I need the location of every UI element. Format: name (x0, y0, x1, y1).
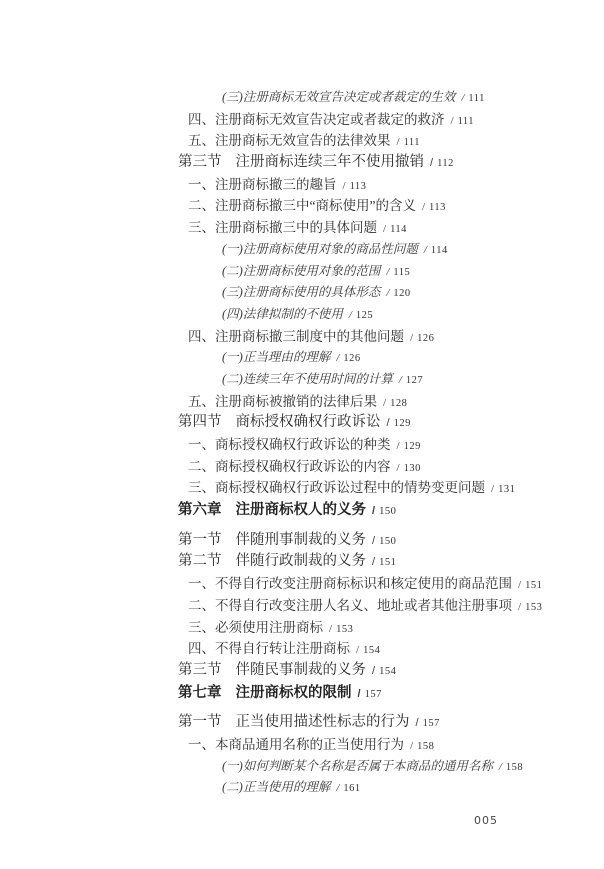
toc-entry-page: 126 (343, 353, 360, 364)
toc-entry-page: 115 (393, 267, 410, 278)
toc-entry-separator: / (336, 782, 339, 794)
toc-entry: 第六章注册商标权人的义务/150 (0, 500, 604, 522)
toc-entry-title: 注册商标权的限制 (236, 685, 352, 701)
toc-entry-separator: / (410, 332, 413, 344)
toc-entry-page: 130 (404, 463, 421, 474)
toc-entry-page: 114 (431, 245, 448, 256)
toc-entry-title: 一、不得自行改变注册商标标识和核定使用的商品范围 (188, 576, 512, 591)
toc-entry-separator: / (430, 157, 433, 169)
toc-entry-page: 114 (390, 224, 407, 235)
toc-entry-label: 第二节 (178, 553, 222, 569)
toc-entry-separator: / (358, 688, 361, 700)
toc-entry-title: 五、注册商标无效宣告的法律效果 (188, 133, 391, 148)
toc-entry-title: 一、注册商标撤三的趣旨 (188, 177, 337, 192)
toc-entry: (一)正当理由的理解/126 (0, 347, 604, 369)
toc-entry: 第一节伴随刑事制裁的义务/150 (0, 530, 604, 552)
toc-entry-separator: / (372, 556, 375, 568)
toc-entry-title: (三)注册商标无效宣告决定或者裁定的生效 (222, 90, 455, 104)
toc-entry-page: 153 (525, 602, 542, 613)
toc-entry-title: 商标授权确权行政诉讼 (236, 414, 381, 430)
toc-entry-page: 125 (356, 310, 373, 321)
toc-entry-page: 158 (506, 762, 523, 773)
toc-entry-title: 四、不得自行转让注册商标 (188, 641, 350, 656)
toc-entry-separator: / (372, 665, 375, 677)
toc-entry-separator: / (422, 201, 425, 213)
toc-entry-title: 五、注册商标被撤销的法律后果 (188, 394, 377, 409)
toc-entry: 三、商标授权确权行政诉讼过程中的情势变更问题/131 (0, 477, 604, 499)
toc-entry-separator: / (372, 505, 375, 517)
toc-entry-title: 注册商标连续三年不使用撤销 (236, 154, 425, 170)
toc-entry-title: (一)注册商标使用对象的商品性问题 (222, 242, 418, 256)
toc-entry-page: 113 (350, 181, 367, 192)
toc-entry-separator: / (349, 309, 352, 321)
toc-entry-title: 伴随民事制裁的义务 (236, 662, 367, 678)
toc-entry: 三、必须使用注册商标/153 (0, 617, 604, 639)
toc-entry-title: 三、注册商标撤三中的具体问题 (188, 220, 377, 235)
toc-entry: 第三节注册商标连续三年不使用撤销/112 (0, 152, 604, 174)
toc-entry: 三、注册商标撤三中的具体问题/114 (0, 217, 604, 239)
toc-entry: 第一节正当使用描述性标志的行为/157 (0, 712, 604, 734)
toc-entry-separator: / (518, 601, 521, 613)
toc-entry-label: 第一节 (178, 532, 222, 548)
toc-entry-page: 153 (336, 624, 353, 635)
toc-entry: (一)注册商标使用对象的商品性问题/114 (0, 239, 604, 261)
toc-entry: 第四节商标授权确权行政诉讼/129 (0, 412, 604, 434)
book-page: (三)注册商标无效宣告决定或者裁定的生效/111 四、注册商标无效宣告决定或者裁… (0, 0, 604, 869)
toc-entry-separator: / (491, 483, 494, 495)
toc-entry-title: 伴随刑事制裁的义务 (236, 532, 367, 548)
toc-entry-title: 三、必须使用注册商标 (188, 620, 323, 635)
toc-entry-title: 一、商标授权确权行政诉讼的种类 (188, 437, 391, 452)
toc-entry: 第三节伴随民事制裁的义务/154 (0, 660, 604, 682)
toc-entry: (三)注册商标无效宣告决定或者裁定的生效/111 (0, 87, 604, 109)
toc-entry: 四、注册商标无效宣告决定或者裁定的救济/111 (0, 109, 604, 131)
toc-entry-page: 157 (365, 689, 382, 700)
toc-entry-title: 一、本商品通用名称的正当使用行为 (188, 737, 404, 752)
toc-entry-page: 128 (390, 398, 407, 409)
toc-entry: 二、商标授权确权行政诉讼的内容/130 (0, 456, 604, 478)
toc-entry-label: 第六章 (178, 502, 222, 518)
toc-entry-page: 151 (379, 557, 396, 568)
toc-entry-page: 111 (404, 137, 420, 148)
toc-entry-page: 154 (379, 666, 396, 677)
toc-entry-title: 注册商标权人的义务 (236, 502, 367, 518)
toc-entry-page: 150 (379, 536, 396, 547)
toc-entry-separator: / (424, 244, 427, 256)
toc-entry: 一、不得自行改变注册商标标识和核定使用的商品范围/151 (0, 573, 604, 595)
toc-entry: 第七章注册商标权的限制/157 (0, 683, 604, 705)
toc-entry-separator: / (451, 115, 454, 127)
toc-entry-title: (三)注册商标使用的具体形态 (222, 285, 380, 299)
toc-entry-title: 三、商标授权确权行政诉讼过程中的情势变更问题 (188, 480, 485, 495)
toc-entry-page: 157 (423, 718, 440, 729)
toc-entry: (二)注册商标使用对象的范围/115 (0, 261, 604, 283)
toc-entry: 第二节伴随行政制裁的义务/151 (0, 551, 604, 573)
toc-entry-title: (二)注册商标使用对象的范围 (222, 264, 380, 278)
folio-page-number: 005 (474, 814, 498, 827)
toc-entry-separator: / (329, 623, 332, 635)
toc-entry-title: 正当使用描述性标志的行为 (236, 714, 410, 730)
toc-entry-page: 113 (429, 202, 446, 213)
toc-entry: (四)法律拟制的不使用/125 (0, 304, 604, 326)
toc-entry-page: 161 (343, 783, 360, 794)
toc-entry-title: (四)法律拟制的不使用 (222, 307, 343, 321)
toc-entry-page: 127 (406, 375, 423, 386)
toc-entry-label: 第一节 (178, 714, 222, 730)
toc-entry-page: 151 (525, 580, 542, 591)
toc-entry-separator: / (336, 352, 339, 364)
toc-entry-title: 伴随行政制裁的义务 (236, 553, 367, 569)
toc-entry: (三)注册商标使用的具体形态/120 (0, 282, 604, 304)
toc-entry: 四、注册商标撤三制度中的其他问题/126 (0, 326, 604, 348)
toc-entry-title: 四、注册商标无效宣告决定或者裁定的救济 (188, 112, 445, 127)
toc-entry-page: 131 (498, 484, 515, 495)
toc-entry-separator: / (461, 92, 464, 104)
toc-entry: (一)如何判断某个名称是否属于本商品的通用名称/158 (0, 756, 604, 778)
toc-entry-separator: / (399, 374, 402, 386)
toc-entry-separator: / (383, 397, 386, 409)
toc-entry: 一、注册商标撤三的趣旨/113 (0, 174, 604, 196)
toc-entry-title: (二)正当使用的理解 (222, 780, 330, 794)
toc-entry: 二、注册商标撤三中“商标使用”的含义/113 (0, 195, 604, 217)
toc-entry-page: 129 (394, 418, 411, 429)
toc-entry-separator: / (356, 644, 359, 656)
toc-entry-separator: / (343, 180, 346, 192)
toc-entry-title: (一)正当理由的理解 (222, 350, 330, 364)
toc-entry-label: 第七章 (178, 685, 222, 701)
toc-entry-separator: / (416, 717, 419, 729)
toc-entry-label: 第三节 (178, 154, 222, 170)
toc-entry-page: 129 (404, 441, 421, 452)
toc-entry-label: 第三节 (178, 662, 222, 678)
toc-entry-page: 126 (417, 333, 434, 344)
toc-entry-title: 二、不得自行改变注册人名义、地址或者其他注册事项 (188, 598, 512, 613)
toc-entry: 一、商标授权确权行政诉讼的种类/129 (0, 434, 604, 456)
toc-entry-separator: / (383, 223, 386, 235)
toc-entry: 二、不得自行改变注册人名义、地址或者其他注册事项/153 (0, 595, 604, 617)
toc-entry-title: 二、注册商标撤三中“商标使用”的含义 (188, 198, 416, 213)
toc-entry-separator: / (387, 417, 390, 429)
toc-entry-title: 四、注册商标撤三制度中的其他问题 (188, 329, 404, 344)
toc-entry-page: 111 (468, 93, 484, 104)
toc-entry: 五、注册商标被撤销的法律后果/128 (0, 391, 604, 413)
toc-entry-page: 158 (417, 741, 434, 752)
toc-entry-separator: / (397, 462, 400, 474)
toc-entry-page: 111 (458, 116, 474, 127)
toc-entry-title: (二)连续三年不使用时间的计算 (222, 372, 393, 386)
toc-entry-page: 150 (379, 506, 396, 517)
toc-entry-title: 二、商标授权确权行政诉讼的内容 (188, 459, 391, 474)
toc-entry-title: (一)如何判断某个名称是否属于本商品的通用名称 (222, 759, 493, 773)
toc-entry: (二)连续三年不使用时间的计算/127 (0, 369, 604, 391)
toc-entry-page: 120 (393, 288, 410, 299)
toc-entry-separator: / (397, 136, 400, 148)
toc-entry-separator: / (397, 440, 400, 452)
toc-entry-page: 112 (437, 158, 454, 169)
toc-entry: 五、注册商标无效宣告的法律效果/111 (0, 130, 604, 152)
toc-entry-label: 第四节 (178, 414, 222, 430)
toc-entry: 四、不得自行转让注册商标/154 (0, 638, 604, 660)
toc-entry-separator: / (386, 287, 389, 299)
toc-entry-separator: / (499, 761, 502, 773)
toc-list: (三)注册商标无效宣告决定或者裁定的生效/111 四、注册商标无效宣告决定或者裁… (0, 87, 604, 799)
toc-entry: (二)正当使用的理解/161 (0, 777, 604, 799)
toc-entry-separator: / (372, 535, 375, 547)
toc-entry: 一、本商品通用名称的正当使用行为/158 (0, 734, 604, 756)
toc-entry-page: 154 (363, 645, 380, 656)
toc-entry-separator: / (386, 266, 389, 278)
toc-entry-separator: / (410, 740, 413, 752)
toc-entry-separator: / (518, 579, 521, 591)
